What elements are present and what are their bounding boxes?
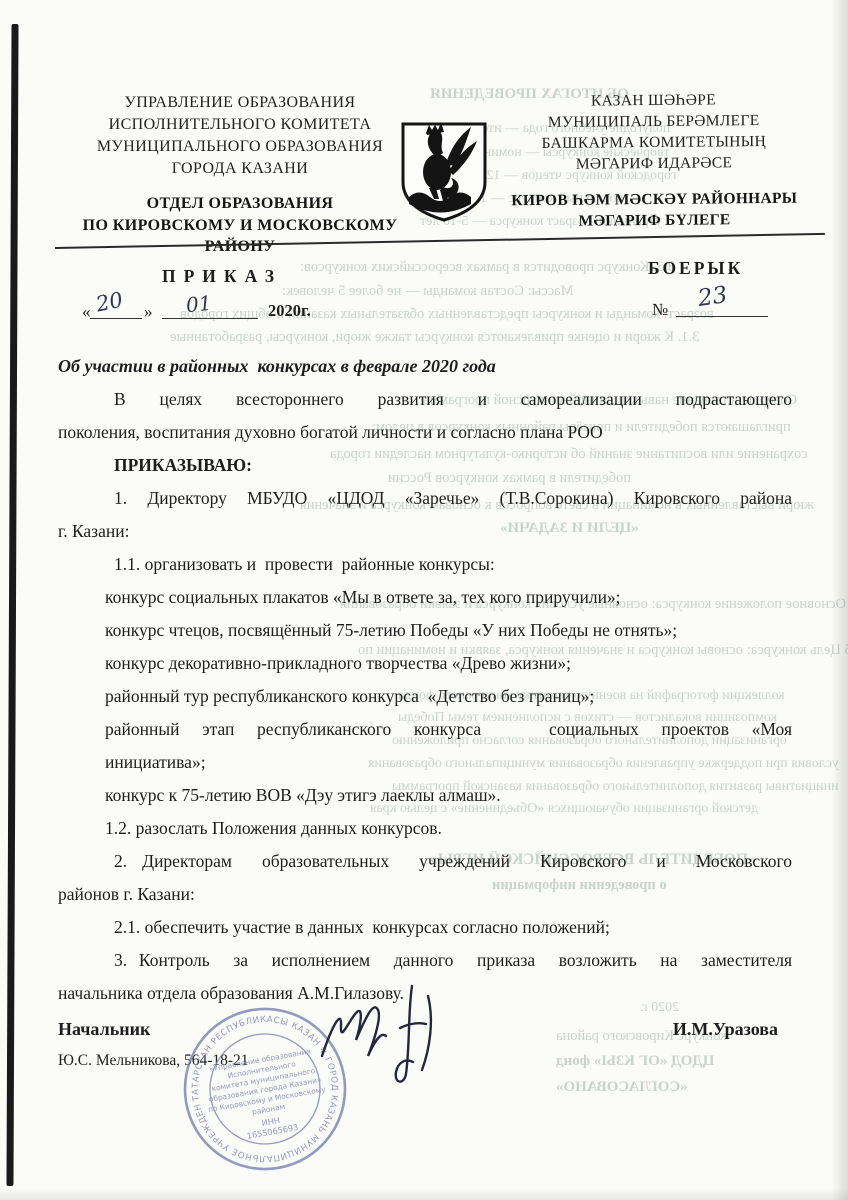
scan-edge-left [6,24,18,1186]
org-line: ИСПОЛНИТЕЛЬНОГО КОМИТЕТА [40,114,440,136]
org-line: МУНИЦИПАЛЬНОГО ОБРАЗОВАНИЯ [40,136,440,158]
doc-line: районов г. Казани: [58,878,792,911]
doc-line: поколения, воспитания духовно богатой ли… [58,416,792,449]
doc-line: 1.1. организовать и провести районные ко… [58,548,792,581]
contest-item: конкурс декоративно-прикладного творчест… [58,647,792,680]
bleed-line: Массы: Состав команды — не более 5 челов… [282,283,574,300]
department-name-tatar: КИРОВ ҺӘМ МӘСКӘҮ РАЙОННАРЫ МӘГАРИФ БҮЛЕГ… [470,187,838,232]
doc-line: 3. Контроль за исполнением данного прика… [58,944,792,977]
doc-line: В целях всестороннего развития и самореа… [58,383,792,416]
handwritten-month: 01 [185,291,213,318]
order-body: Об участии в районных конкурсах в феврал… [58,350,792,1076]
doc-line: г. Казани: [58,515,792,548]
letterhead-tatar: КАЗАН ШӘҺӘРЕ МУНИЦИПАЛЬ БЕРӘМЛЕГЕ БАШКАР… [469,88,838,232]
scanned-order-document: ОБ ИТОГАХ ПРОВЕДЕНИЯ полугодие учебного … [0,0,848,1200]
order-year: 2020г. [268,301,311,321]
order-label-russian: ПРИКАЗ [162,266,282,287]
doc-line: 2. Директорам образовательных учреждений… [58,845,792,878]
bleed-line: 3.3. Конкурс проводится в рамках всеросс… [300,259,675,276]
resolution-word: ПРИКАЗЫВАЮ: [58,449,792,482]
signature-zone: Начальник И.М.Уразова Ю.С. Мельникова, 5… [58,1014,792,1076]
contest-item: конкурс чтецов, посвящённый 75-летию Поб… [58,614,792,647]
contest-item: конкурс к 75-летию ВОВ «Дэу этигэ лаеклы… [58,779,792,812]
handwritten-number: 23 [696,282,729,312]
contest-item: районный этап республиканского конкурса … [58,713,792,746]
bleed-line: 3.1. К жюри и оценке привлекаются конкур… [170,329,699,346]
scan-edge-bottom [0,1188,848,1200]
bleed-line: возраст: команды и конкурсы представленн… [180,306,714,323]
doc-line: 1. Директору МБУДО «ЦДОД «Заречье» (Т.В.… [58,482,792,515]
org-line: МӘГАРИФ ИДАРӘСЕ [470,151,838,175]
close-quote: » [144,302,153,322]
contest-item: конкурс социальных плакатов «Мы в ответе… [58,581,792,614]
letterhead-russian: УПРАВЛЕНИЕ ОБРАЗОВАНИЯ ИСПОЛНИТЕЛЬНОГО К… [40,92,440,258]
org-line: ГОРОДА КАЗАНИ [40,158,440,180]
contest-item: инициатива»; [58,746,792,779]
signature-ink [316,982,446,1090]
order-title: Об участии в районных конкурсах в феврал… [58,350,792,383]
doc-line: 2.1. обеспечить участие в данных конкурс… [58,911,792,944]
number-sign: № [652,300,668,320]
order-label-tatar: БОЕРЫК [648,258,743,279]
doc-line: 1.2. разослать Положения данных конкурсо… [58,812,792,845]
signer-name: И.М.Уразова [673,1014,778,1044]
contest-item: районный тур республиканского конкурса «… [58,680,792,713]
org-line: УПРАВЛЕНИЕ ОБРАЗОВАНИЯ [40,92,440,114]
signer-post: Начальник [58,1014,150,1044]
bleed-line: «СОГЛАСОВАНО» [556,1079,688,1096]
